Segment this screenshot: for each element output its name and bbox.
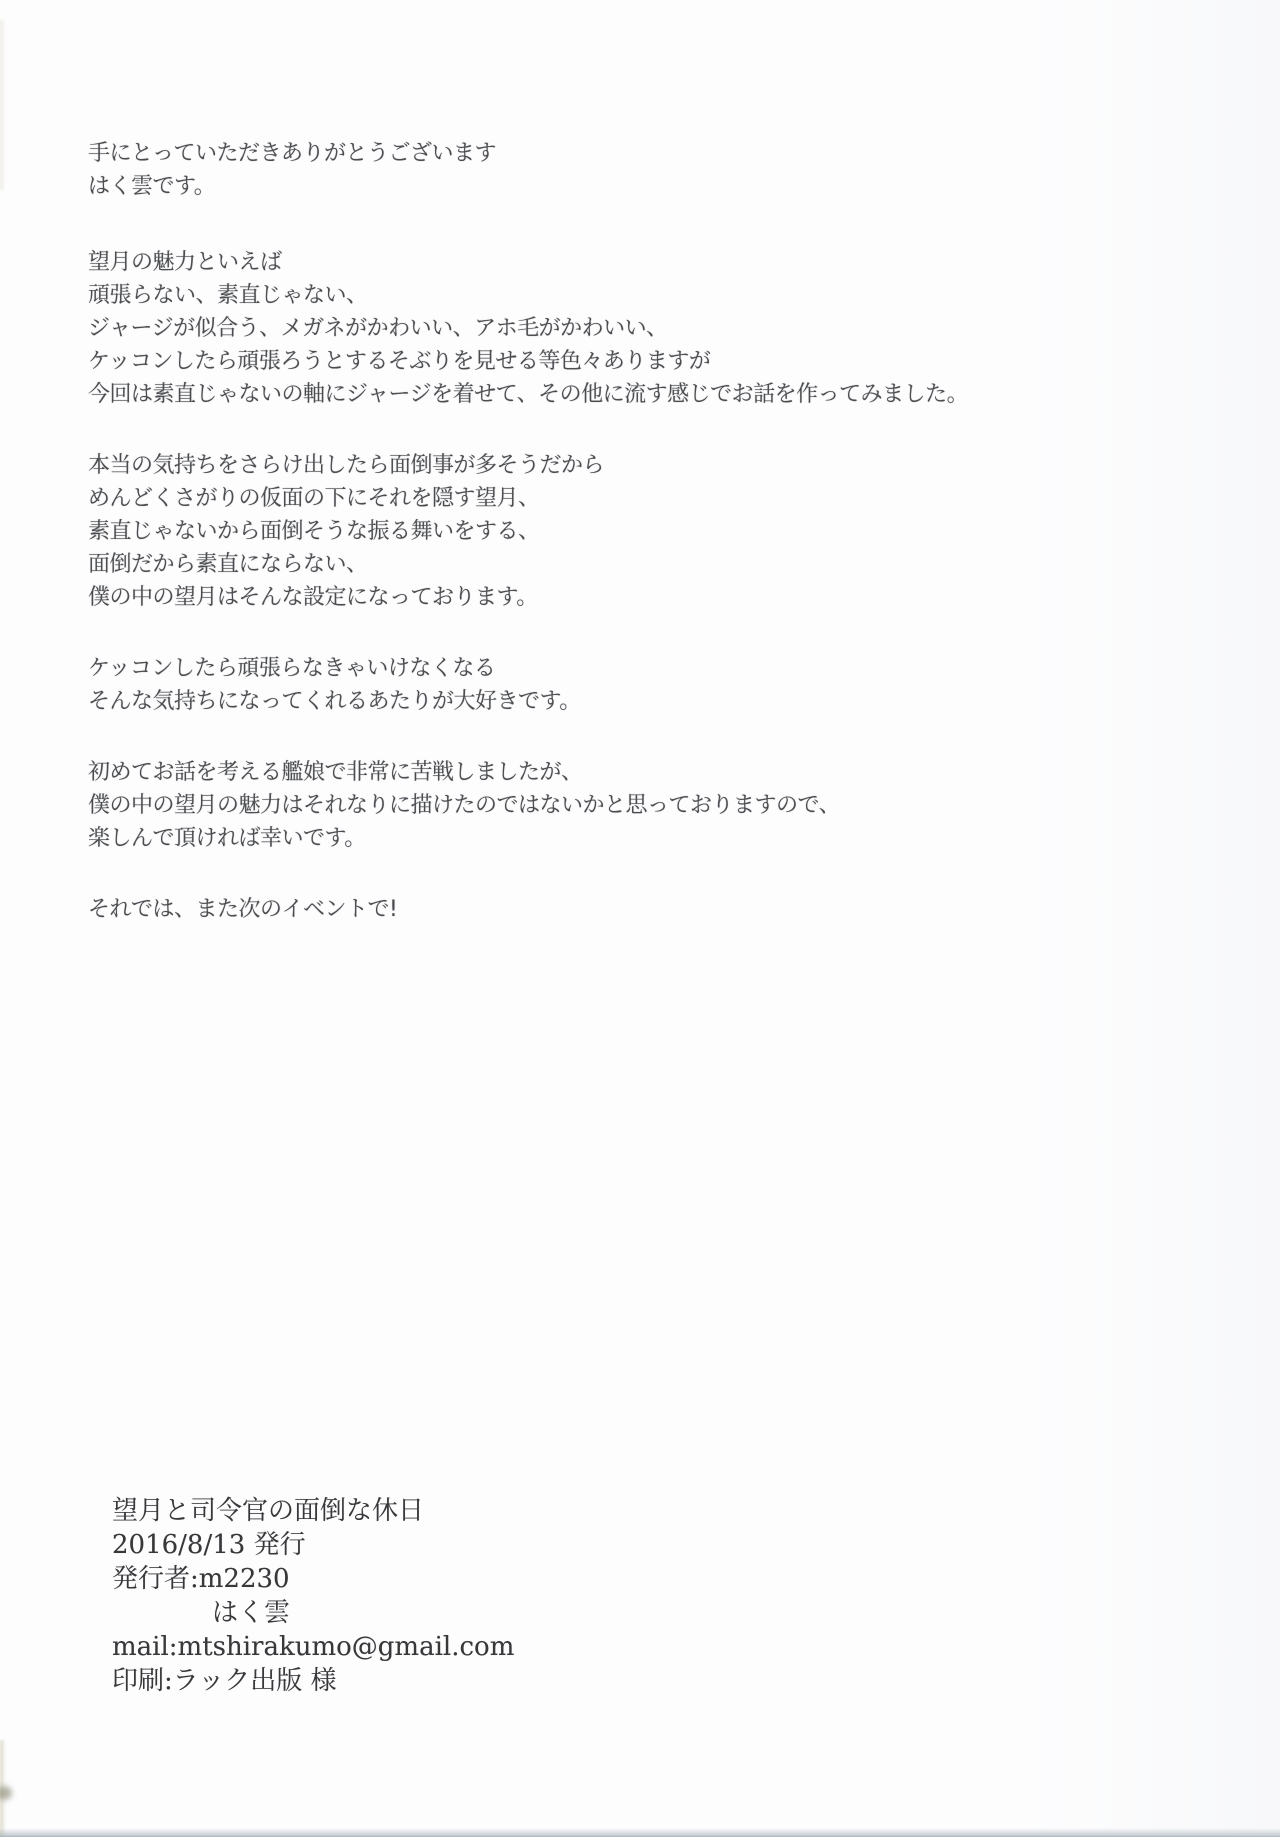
text-line: ケッコンしたら頑張ろうとするそぶりを見せる等色々ありますが [88,345,1168,378]
colophon-publish-date: 2016/8/13 発行 [112,1528,812,1562]
scan-corner-smudge [0,1786,12,1800]
afterword-paragraph: 望月の魅力といえば 頑張らない、素直じゃない、 ジャージが似合う、メガネがかわい… [88,246,1168,411]
afterword-paragraph: 手にとっていただきありがとうございます はく雲です。 [88,137,1168,203]
colophon: 望月と司令官の面倒な休日 2016/8/13 発行 発行者:m2230 はく雲 … [112,1494,812,1698]
text-line: めんどくさがりの仮面の下にそれを隠す望月、 [88,482,1168,515]
text-line: ジャージが似合う、メガネがかわいい、アホ毛がかわいい、 [88,312,1168,345]
closing-line: それでは、また次のイベントで! [88,893,1168,926]
text-line: 本当の気持ちをさらけ出したら面倒事が多そうだから [88,449,1168,482]
afterword-text: 手にとっていただきありがとうございます はく雲です。 望月の魅力といえば 頑張ら… [88,137,1168,964]
scan-edge-bottom [0,1828,1280,1837]
text-line: 手にとっていただきありがとうございます [88,137,1168,170]
afterword-paragraph: ケッコンしたら頑張らなきゃいけなくなる そんな気持ちになってくれるあたりが大好き… [88,652,1168,718]
colophon-circle-name: はく雲 [112,1596,812,1630]
text-line: 僕の中の望月の魅力はそれなりに描けたのではないかと思っておりますので、 [88,789,1168,822]
colophon-printer: 印刷:ラック出版 様 [112,1664,812,1698]
scan-page: 手にとっていただきありがとうございます はく雲です。 望月の魅力といえば 頑張ら… [0,0,1280,1837]
text-line: 今回は素直じゃないの軸にジャージを着せて、その他に流す感じでお話を作ってみました… [88,378,1168,411]
text-line: そんな気持ちになってくれるあたりが大好きです。 [88,685,1168,718]
text-line: 楽しんで頂ければ幸いです。 [88,822,1168,855]
text-line: 初めてお話を考える艦娘で非常に苦戦しましたが、 [88,756,1168,789]
text-line: 頑張らない、素直じゃない、 [88,279,1168,312]
colophon-title: 望月と司令官の面倒な休日 [112,1494,812,1528]
text-line: 素直じゃないから面倒そうな振る舞いをする、 [88,515,1168,548]
text-line: 面倒だから素直にならない、 [88,548,1168,581]
afterword-paragraph: 本当の気持ちをさらけ出したら面倒事が多そうだから めんどくさがりの仮面の下にそれ… [88,449,1168,614]
scan-edge-artifact [0,1740,6,1837]
text-line: ケッコンしたら頑張らなきゃいけなくなる [88,652,1168,685]
afterword-paragraph: 初めてお話を考える艦娘で非常に苦戦しましたが、 僕の中の望月の魅力はそれなりに描… [88,756,1168,855]
scan-edge-artifact [0,20,5,190]
text-line: 僕の中の望月はそんな設定になっております。 [88,581,1168,614]
text-line: 望月の魅力といえば [88,246,1168,279]
colophon-mail: mail:mtshirakumo@gmail.com [112,1630,812,1664]
afterword-paragraph: それでは、また次のイベントで! [88,893,1168,926]
text-line: はく雲です。 [88,170,1168,203]
colophon-publisher: 発行者:m2230 [112,1562,812,1596]
